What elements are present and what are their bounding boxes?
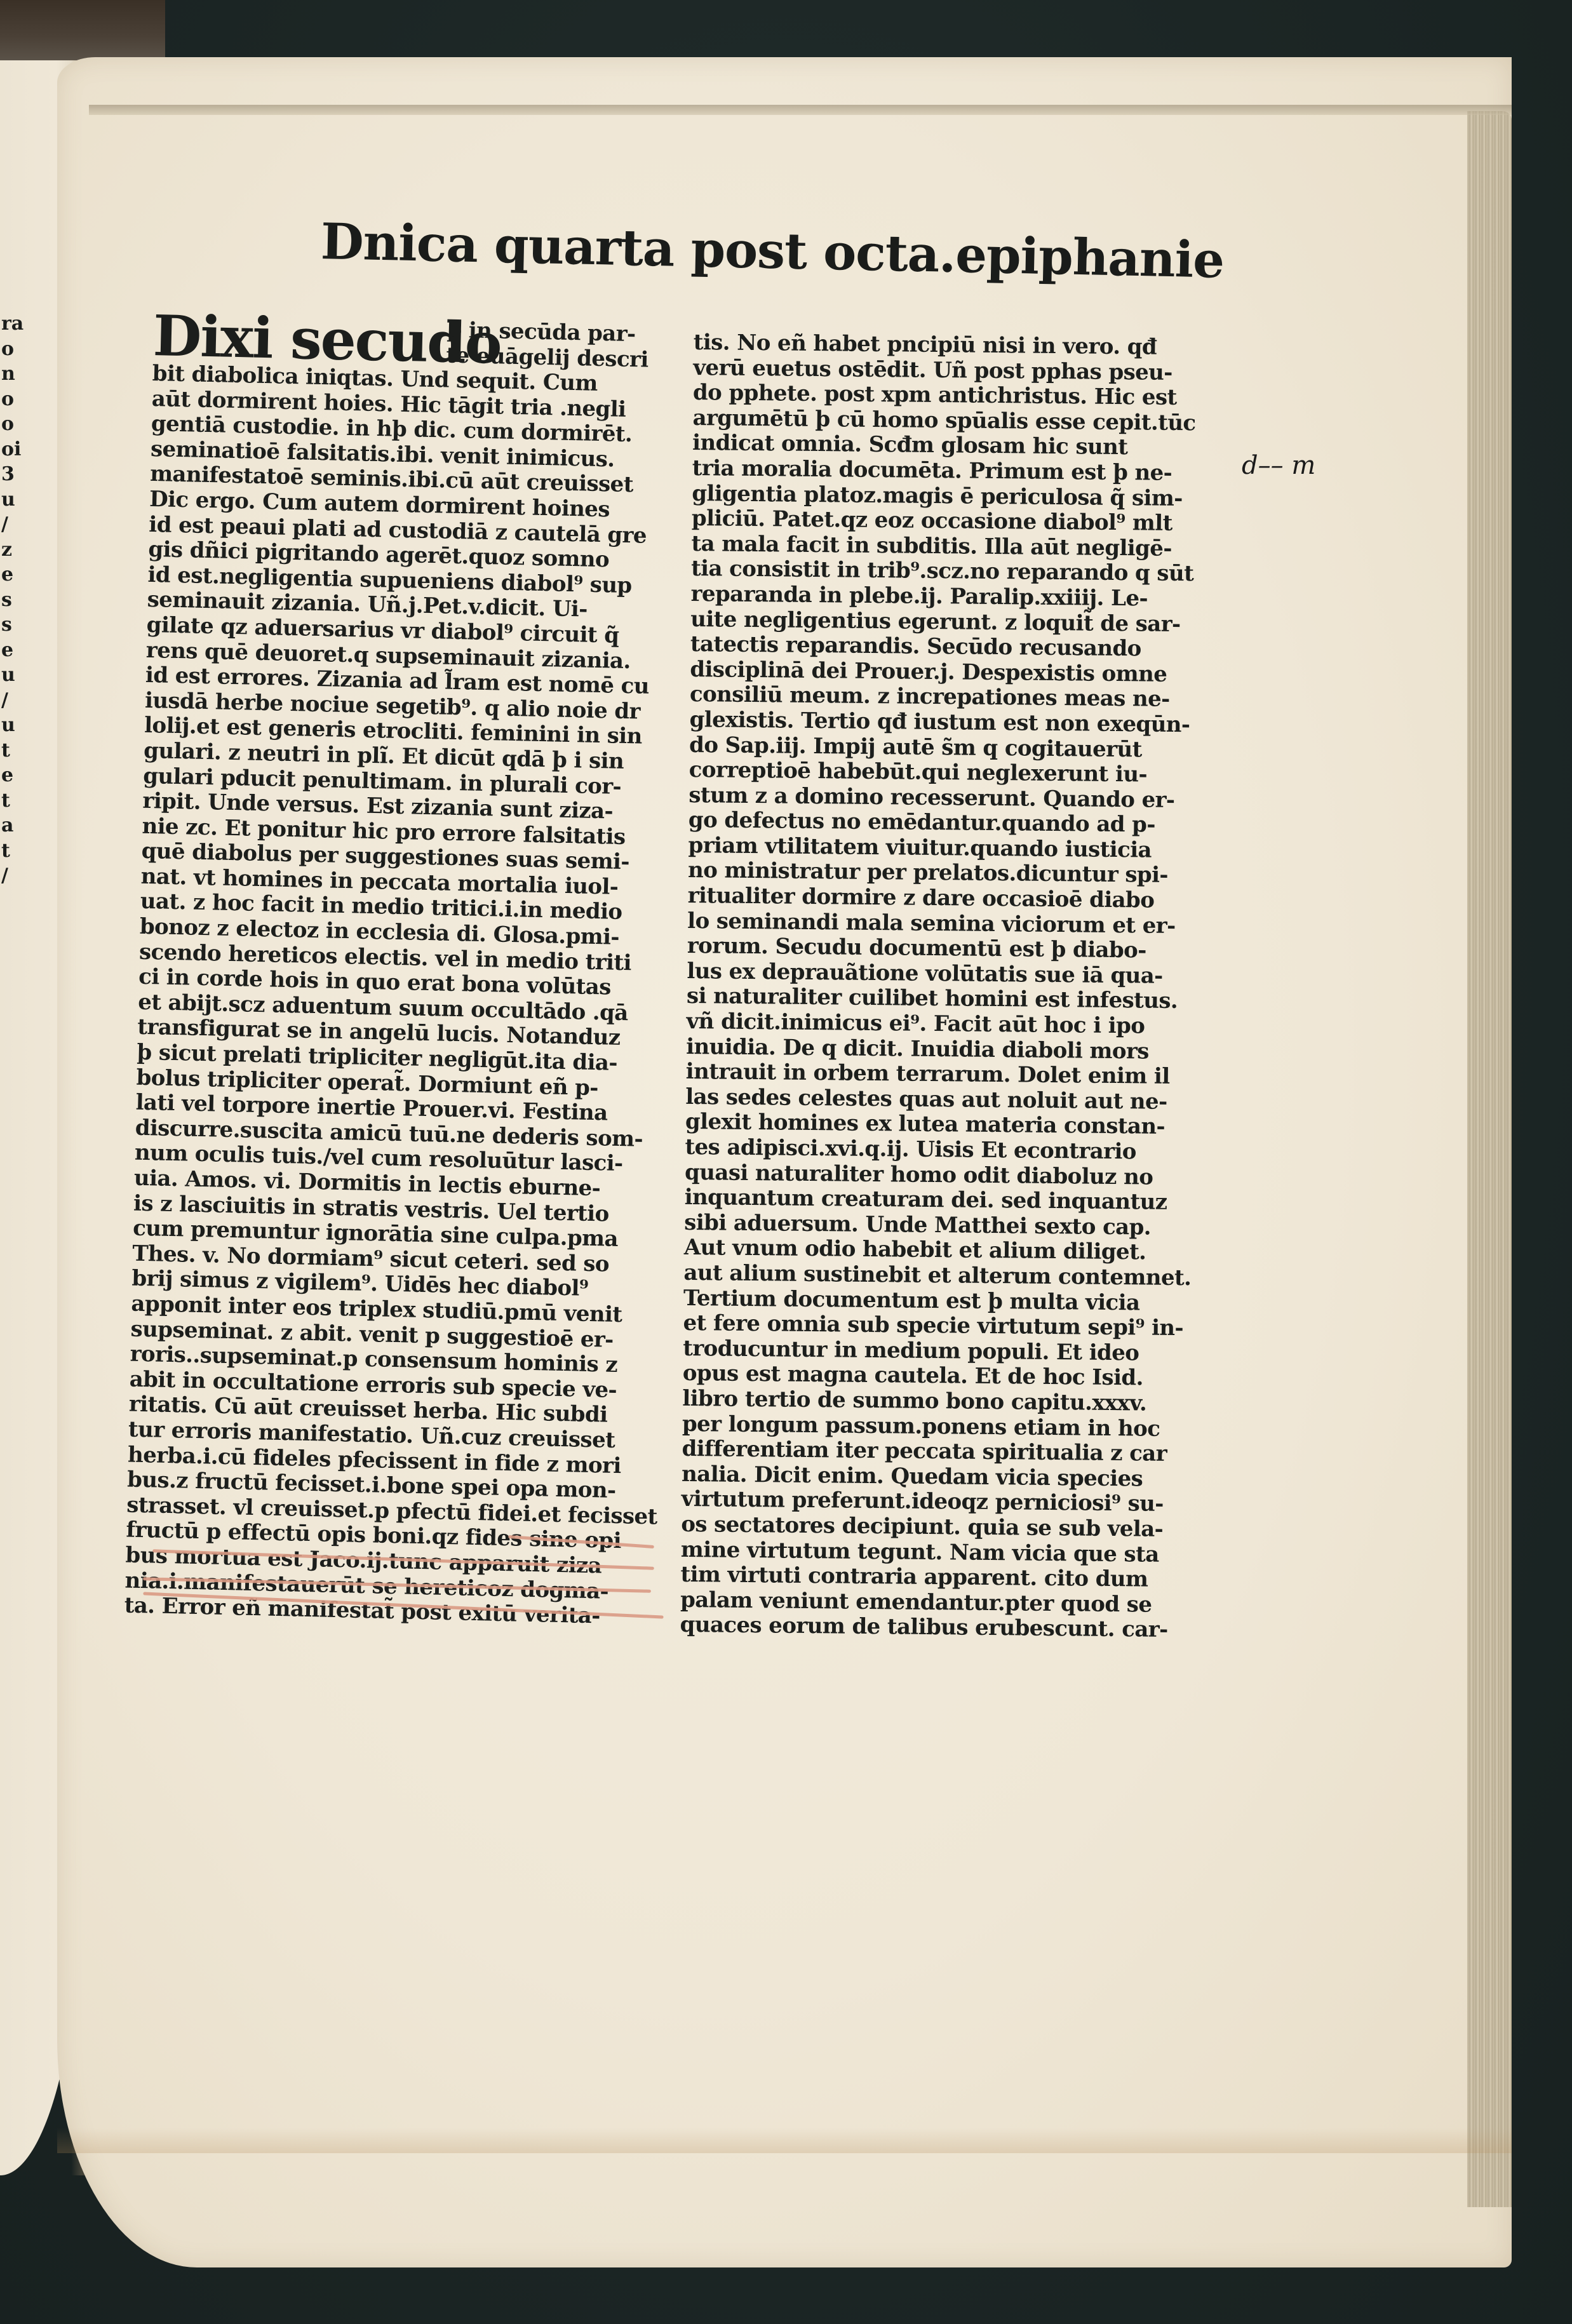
opening-line: Dixi secudo þ in secūda par‐ te euāgelij…: [152, 311, 681, 373]
initial-side-text: þ in secūda par‐ te euāgelij descri: [446, 318, 649, 372]
left-column-lines: bit diabolica iniqtas. Und sequit. Cumaū…: [124, 361, 680, 1630]
fragment-char: /: [1, 512, 18, 537]
fragment-char: o: [1, 412, 18, 437]
fragment-char: e: [1, 562, 18, 588]
text-line: te euāgelij descri: [446, 343, 648, 373]
fragment-char: o: [1, 387, 18, 412]
fragment-char: s: [1, 588, 18, 613]
fragment-char: t: [1, 788, 18, 814]
page-stack-edge: [1467, 111, 1512, 2207]
fragment-char: ra: [1, 311, 18, 337]
fragment-char: u: [1, 662, 18, 688]
fragment-char: t: [1, 738, 18, 763]
page-top-edge: [89, 105, 1512, 115]
fragment-char: u: [1, 713, 18, 738]
fragment-char: t: [1, 838, 18, 864]
fragment-char: /: [1, 863, 18, 889]
text-column-left: Dixi secudo þ in secūda par‐ te euāgelij…: [124, 311, 680, 1630]
handwritten-margin-note: d–– m: [1242, 451, 1315, 480]
fragment-char: z: [1, 537, 18, 563]
fragment-char: o: [1, 337, 18, 362]
fragment-char: e: [1, 763, 18, 788]
fragment-char: 3: [1, 462, 18, 487]
fragment-char: s: [1, 612, 18, 638]
fragment-char: n: [1, 361, 18, 387]
fragment-char: oi: [1, 437, 18, 462]
facing-page-text-fragment: raonoooi3u/zesseu/utetat/: [1, 311, 18, 889]
fragment-char: a: [1, 813, 18, 838]
fragment-char: e: [1, 638, 18, 663]
right-column-lines: tis. No eñ habet pncipiū nisi in vero. q…: [680, 330, 1221, 1643]
book-binding: [0, 0, 165, 60]
text-column-right: tis. No eñ habet pncipiū nisi in vero. q…: [680, 330, 1221, 1643]
fragment-char: /: [1, 688, 18, 713]
fragment-char: u: [1, 487, 18, 513]
